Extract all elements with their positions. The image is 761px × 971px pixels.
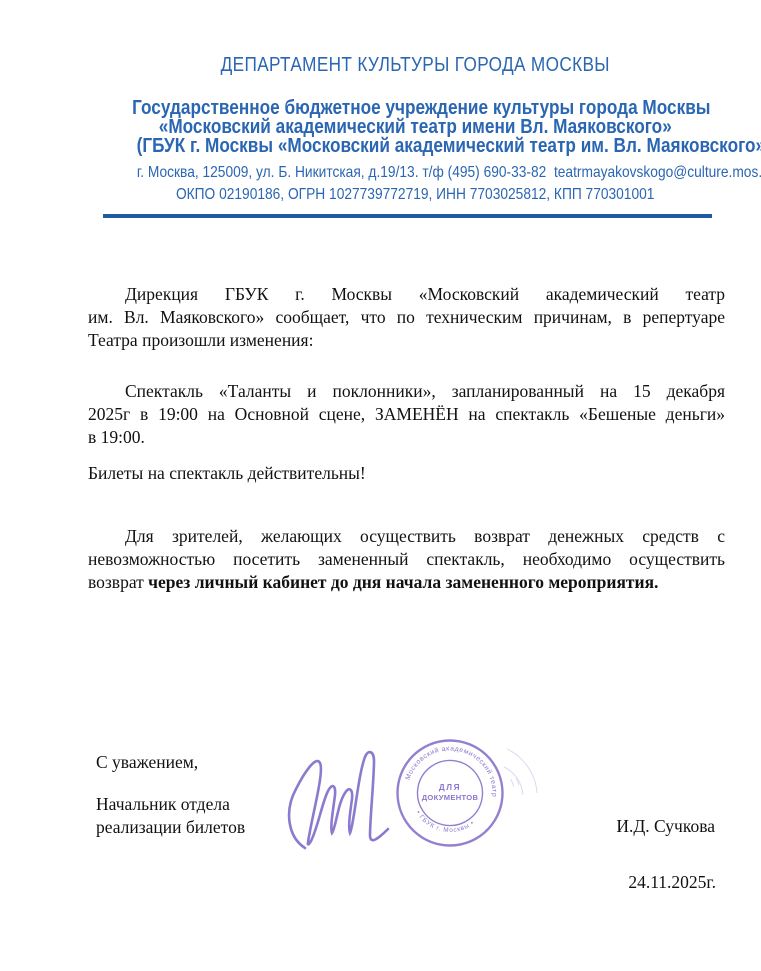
text-line: Билеты на спектакль действительны!	[88, 462, 725, 485]
text-line: возврат через личный кабинет до дня нача…	[88, 571, 725, 594]
stamp-center-line1: ДЛЯ	[439, 783, 461, 792]
text-line: Дирекция ГБУК г. Москвы «Московский акад…	[88, 283, 725, 306]
paragraph-replacement: Спектакль «Таланты и поклонники», заплан…	[88, 380, 725, 449]
organization-name: Государственное бюджетное учреждение кул…	[85, 99, 745, 156]
paragraph-tickets-valid: Билеты на спектакль действительны!	[88, 462, 725, 485]
text-segment: Билеты на спектакль действительны!	[88, 463, 366, 483]
text-segment: Для зрителей, желающих осуществить возвр…	[125, 526, 725, 546]
letter-page: ДЕПАРТАМЕНТ КУЛЬТУРЫ ГОРОДА МОСКВЫ Госуд…	[0, 0, 761, 971]
letter-date: 24.11.2025г.	[628, 871, 716, 894]
address-text: г. Москва, 125009, ул. Б. Никитская, д.1…	[137, 162, 761, 184]
department-title-text: ДЕПАРТАМЕНТ КУЛЬТУРЫ ГОРОДА МОСКВЫ	[220, 54, 609, 76]
stamp-ring-bottom-text: • ГБУК г. Москвы •	[412, 809, 477, 839]
job-title-line: реализации билетов	[96, 816, 245, 839]
text-line: невозможностью посетить замененный спект…	[88, 548, 725, 571]
text-line: Спектакль «Таланты и поклонники», заплан…	[88, 380, 725, 403]
registration-text: ОКПО 02190186, ОГРН 1027739772719, ИНН 7…	[176, 184, 654, 206]
text-segment: им. Вл. Маяковского» сообщает, что по те…	[88, 307, 725, 327]
job-title-line: Начальник отдела	[96, 793, 245, 816]
text-segment: Дирекция ГБУК г. Москвы «Московский акад…	[125, 284, 725, 304]
text-segment: в 19:00.	[88, 427, 145, 447]
signer-name: И.Д. Сучкова	[616, 815, 715, 838]
text-segment: Спектакль «Таланты и поклонники», заплан…	[125, 381, 725, 401]
text-segment: невозможностью посетить замененный спект…	[88, 549, 725, 569]
text-segment: 2025г в 19:00 на Основной сцене, ЗАМЕНЁН…	[88, 404, 725, 424]
signature-stroke	[289, 752, 388, 848]
text-segment: Театра произошли изменения:	[88, 330, 313, 350]
paragraph-refund: Для зрителей, желающих осуществить возвр…	[88, 525, 725, 594]
org-line-text: (ГБУК г. Москвы «Московский академически…	[137, 137, 761, 156]
department-title: ДЕПАРТАМЕНТ КУЛЬТУРЫ ГОРОДА МОСКВЫ	[85, 54, 745, 76]
paragraph-intro: Дирекция ГБУК г. Москвы «Московский акад…	[88, 283, 725, 352]
text-line: им. Вл. Маяковского» сообщает, что по те…	[88, 306, 725, 329]
registration-numbers-line: ОКПО 02190186, ОГРН 1027739772719, ИНН 7…	[85, 184, 745, 206]
text-line: в 19:00.	[88, 426, 725, 449]
closing-regards: С уважением,	[96, 751, 198, 774]
address-phone-email-line: г. Москва, 125009, ул. Б. Никитская, д.1…	[85, 162, 745, 184]
text-line: Для зрителей, желающих осуществить возвр…	[88, 525, 725, 548]
text-line: Театра произошли изменения:	[88, 329, 725, 352]
bold-text-segment: через личный кабинет до дня начала замен…	[148, 572, 658, 592]
stamp-ghost-impression	[504, 749, 537, 795]
text-line: 2025г в 19:00 на Основной сцене, ЗАМЕНЁН…	[88, 403, 725, 426]
stamp-center-text: ДЛЯ ДОКУМЕНТОВ	[422, 783, 479, 802]
text-segment: возврат	[88, 572, 148, 592]
stamp-for-documents: Московский академический театр • ГБУК г.…	[385, 727, 555, 857]
contact-info: г. Москва, 125009, ул. Б. Никитская, д.1…	[85, 162, 745, 206]
stamp-center-line2: ДОКУМЕНТОВ	[422, 793, 479, 802]
divider-rule	[103, 214, 712, 218]
signer-job-title: Начальник отдела реализации билетов	[96, 793, 245, 838]
org-line: (ГБУК г. Москвы «Московский академически…	[85, 137, 745, 156]
